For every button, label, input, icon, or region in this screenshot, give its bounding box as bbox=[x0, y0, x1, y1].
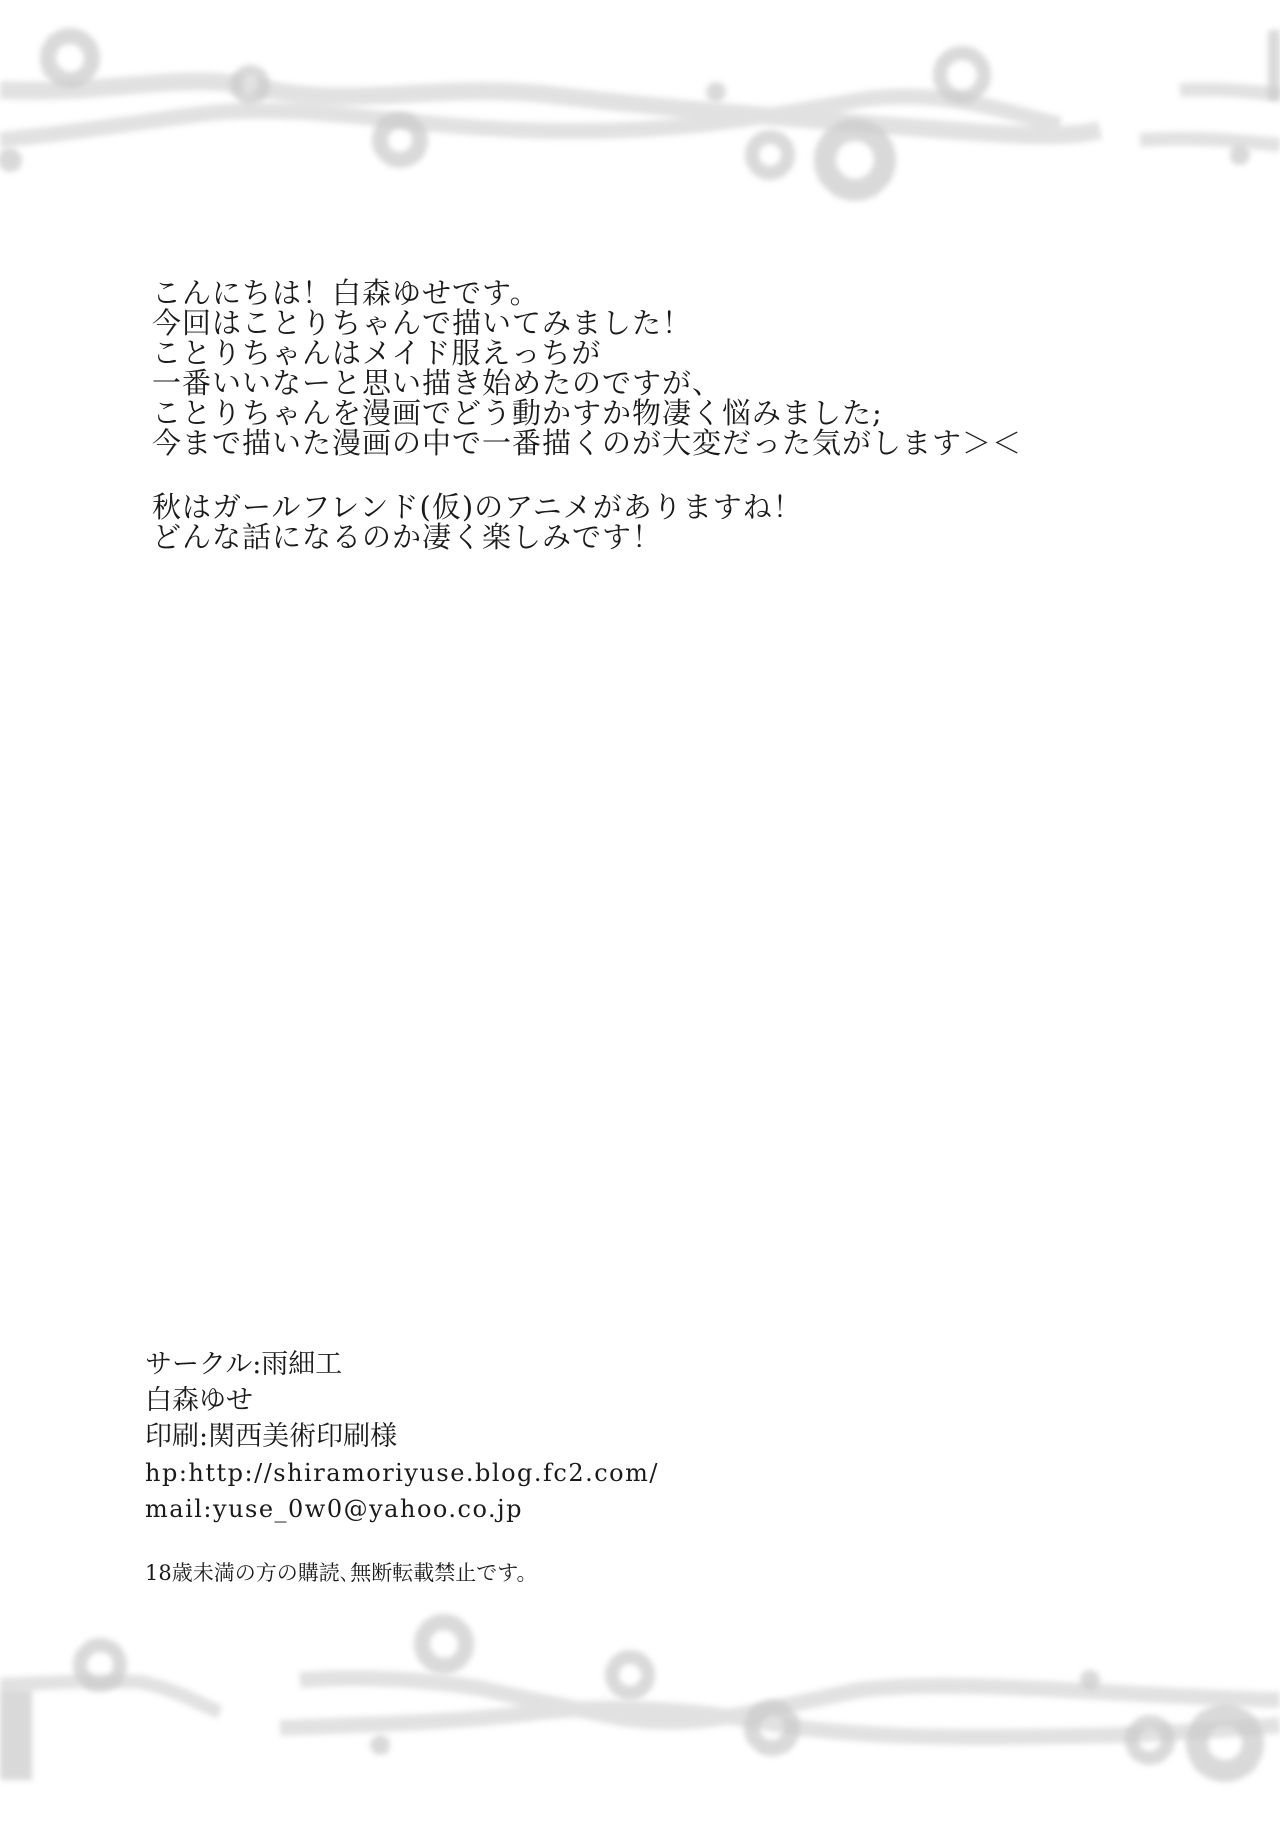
homepage-url: hp:http://shiramoriyuse.blog.fc2.com/ bbox=[145, 1455, 659, 1491]
printer-name: 印刷:関西美術印刷様 bbox=[145, 1419, 659, 1455]
message-line: ことりちゃんを漫画でどう動かすか物凄く悩みました; bbox=[152, 398, 1022, 428]
age-restriction-notice: 18歳未満の方の購読､無断転載禁止です。 bbox=[145, 1560, 538, 1586]
message-line: 一番いいなーと思い描き始めたのですが、 bbox=[152, 368, 1022, 398]
message-line: どんな話になるのか凄く楽しみです！ bbox=[152, 522, 1022, 552]
message-line: 今回はことりちゃんで描いてみました！ bbox=[152, 308, 1022, 338]
halftone-ribbon-top bbox=[0, 0, 1280, 220]
halftone-ribbon-bottom bbox=[0, 1600, 1280, 1848]
contact-email: mail:yuse_0w0@yahoo.co.jp bbox=[145, 1491, 659, 1527]
message-line: 今まで描いた漫画の中で一番描くのが大変だった気がします＞＜ bbox=[152, 428, 1022, 458]
author-name: 白森ゆせ bbox=[145, 1383, 659, 1419]
top-decorative-border bbox=[0, 0, 1280, 220]
circle-name: サークル:雨細工 bbox=[145, 1347, 659, 1383]
paragraph-gap bbox=[152, 458, 1022, 492]
message-line: こんにちは！白森ゆせです。 bbox=[152, 278, 1022, 308]
message-line: ことりちゃんはメイド服えっちが bbox=[152, 338, 1022, 368]
bottom-decorative-border bbox=[0, 1600, 1280, 1848]
message-line: 秋はガールフレンド(仮)のアニメがありますね！ bbox=[152, 492, 1022, 522]
colophon: サークル:雨細工 白森ゆせ 印刷:関西美術印刷様 hp:http://shira… bbox=[145, 1347, 659, 1527]
afterword-message: こんにちは！白森ゆせです。 今回はことりちゃんで描いてみました！ ことりちゃんは… bbox=[152, 278, 1022, 552]
